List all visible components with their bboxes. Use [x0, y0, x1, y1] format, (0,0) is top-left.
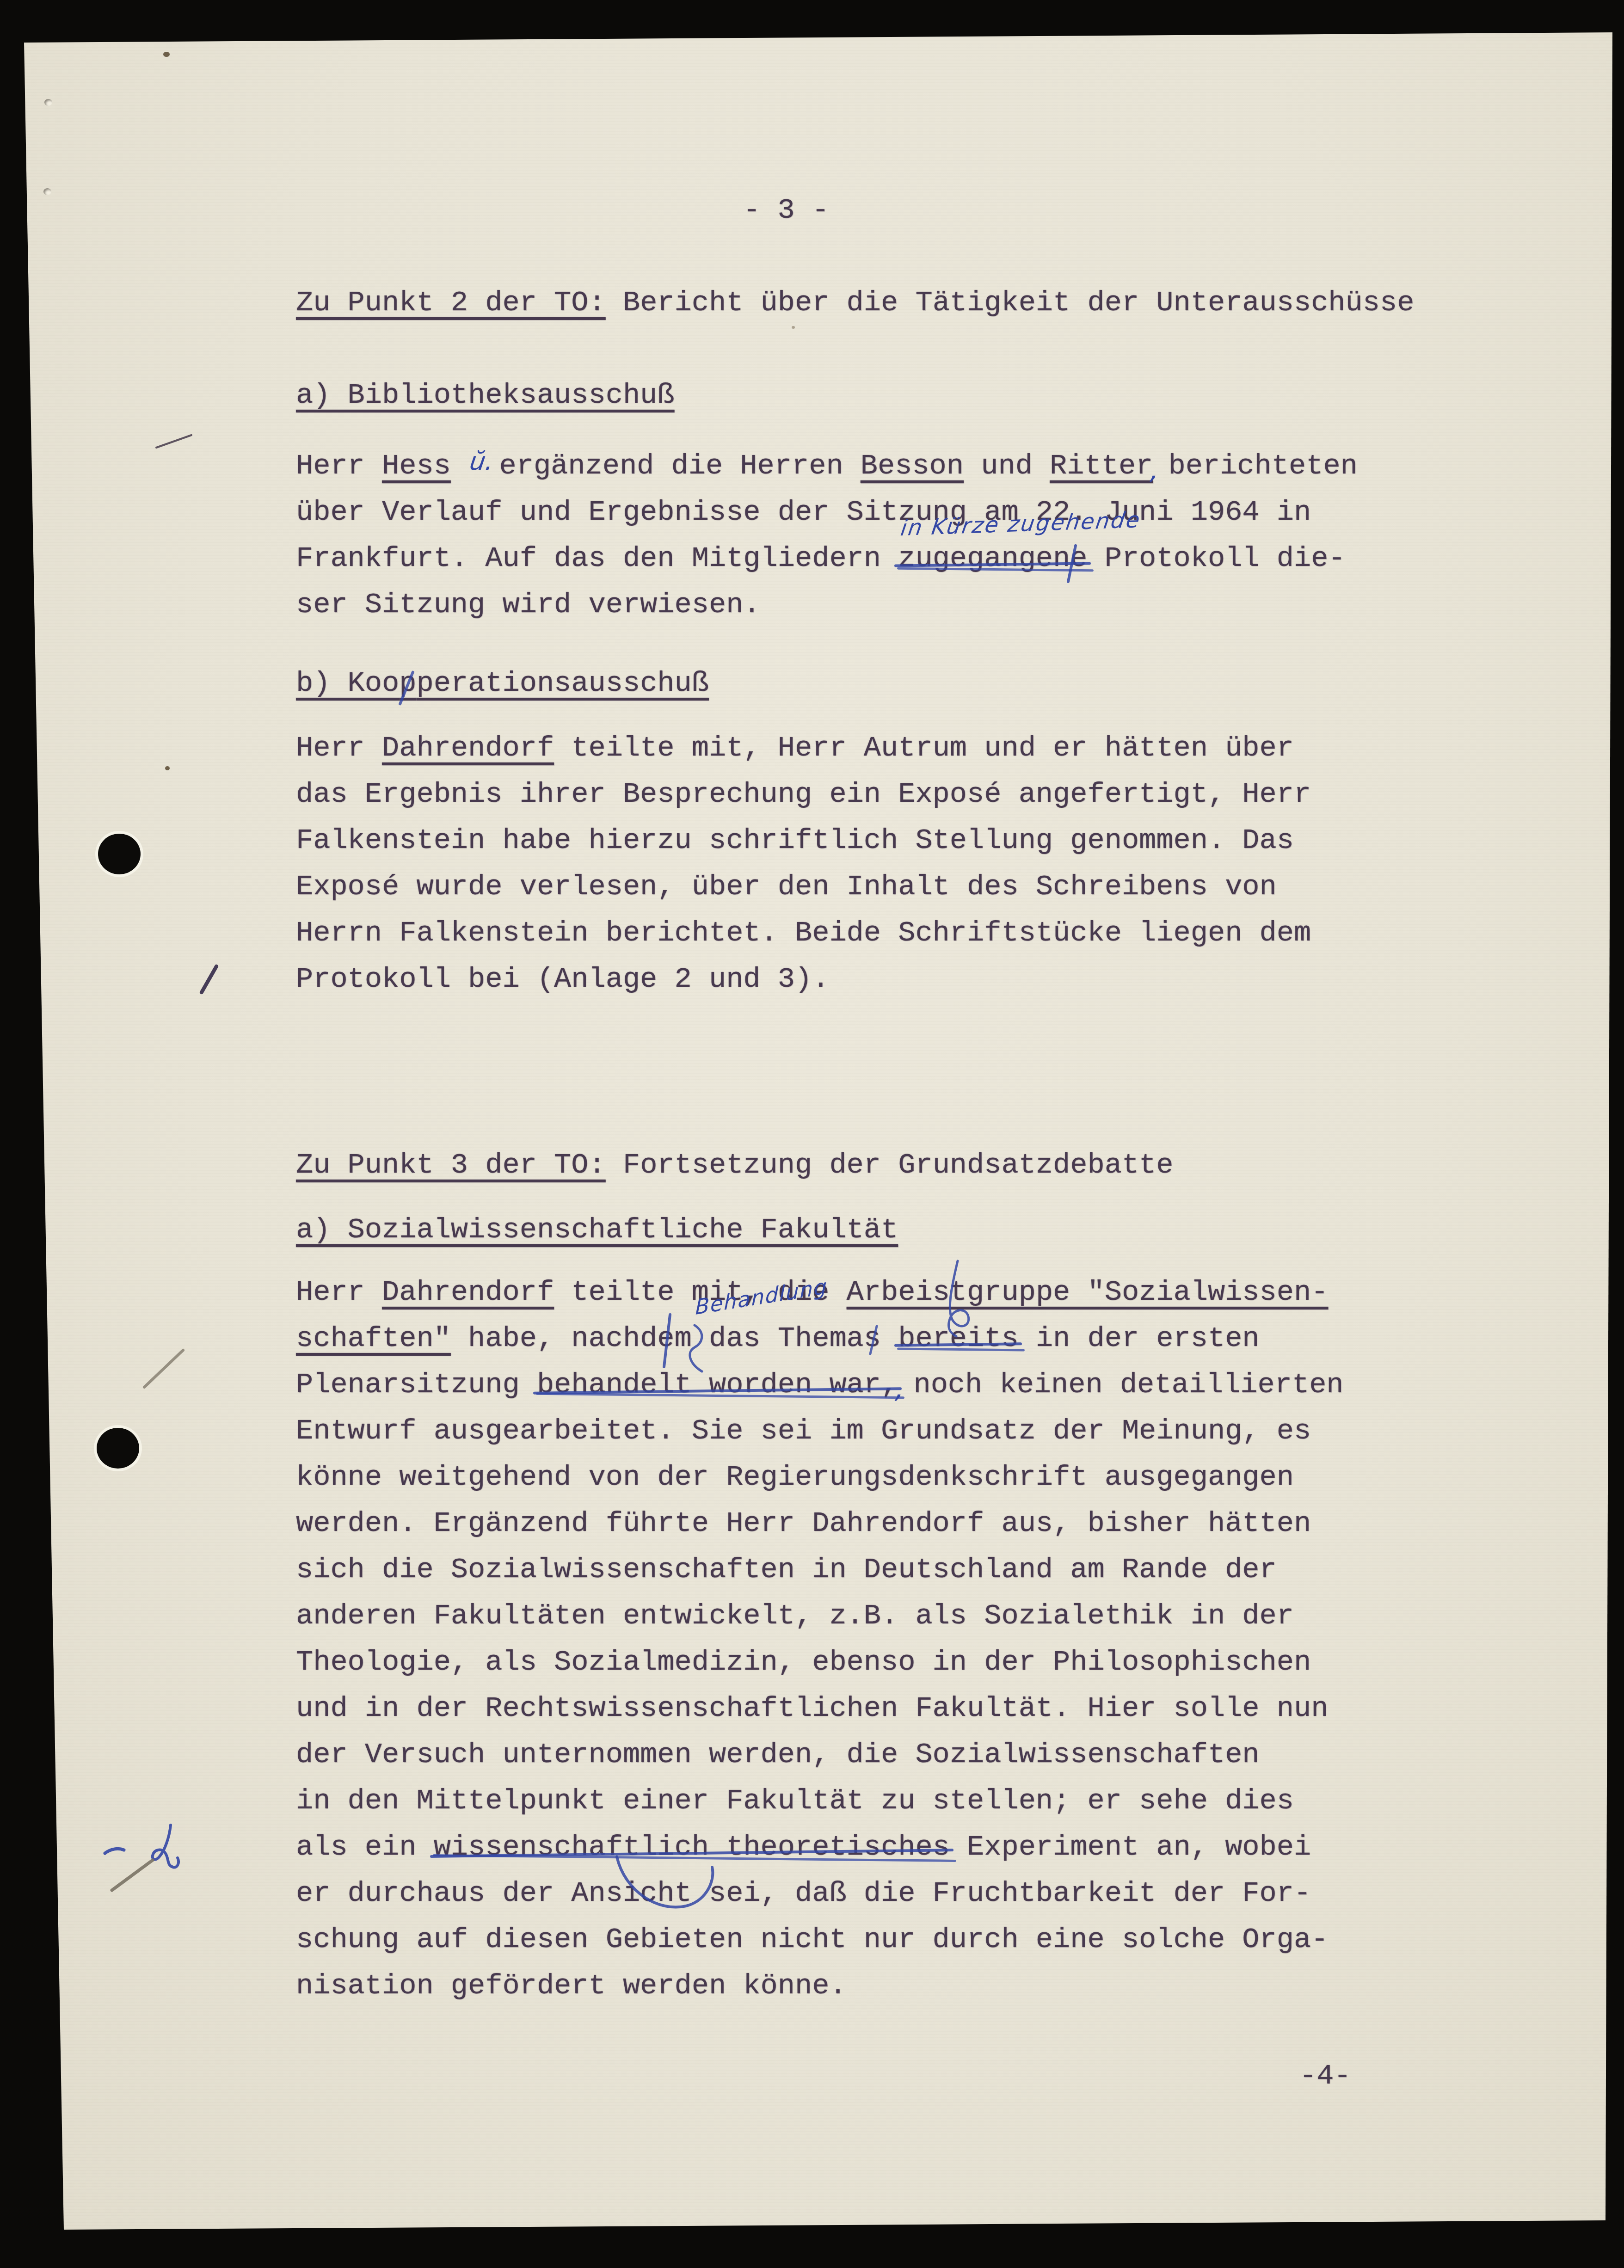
typed-segment: p	[399, 667, 416, 700]
typed-segment: - 3 -	[743, 194, 829, 227]
typed-line-p2l4: Exposé wurde verlesen, über den Inhalt d…	[296, 864, 1277, 910]
typed-line-p3l3: Plenarsitzung behandelt worden war,, noc…	[296, 1362, 1344, 1408]
typed-line-p1l1: Herr Hess ŭ.ergänzend die Herren Besson …	[296, 443, 1358, 489]
scanned-document-page: { "page": { "number_label": "- 3 -", "ne…	[0, 0, 1624, 2268]
typed-segment: Herr	[296, 449, 382, 482]
typed-segment: habe, nachdem das Themas	[451, 1322, 898, 1355]
typed-segment: noch keinen detaillierten	[896, 1368, 1343, 1401]
typed-segment: über Verlauf und Ergebnisse der Sitzung …	[296, 496, 1311, 529]
typed-layer: - 3 -Zu Punkt 2 der TO: Bericht über die…	[0, 0, 1624, 2268]
typed-line-p2l2: das Ergebnis ihrer Besprechung ein Expos…	[296, 771, 1311, 817]
typed-segment: Protokoll die-	[1088, 542, 1346, 575]
typed-segment: berichteten	[1151, 449, 1357, 482]
typed-segment: Herr	[296, 731, 382, 764]
typed-segment: ser Sitzung wird verwiesen.	[296, 588, 761, 621]
typed-segment: Besson	[861, 449, 964, 482]
typed-segment: Experiment an, wobei	[950, 1831, 1311, 1863]
typed-line-p3l2: schaften" habe, nachdem das Themas berei…	[296, 1315, 1260, 1362]
typed-segment: Bericht über die Tätigkeit der Unterauss…	[606, 286, 1415, 319]
typed-segment: Herr	[296, 1276, 382, 1309]
typed-line-p3l7: sich die Sozialwissenschaften in Deutsch…	[296, 1547, 1277, 1593]
punch-hole-bottom	[97, 1428, 139, 1469]
dust-speck	[792, 326, 795, 329]
typed-line-p3l10: und in der Rechtswissenschaftlichen Faku…	[296, 1685, 1328, 1732]
typed-segment: Entwurf ausgearbeitet. Sie sei im Grunds…	[296, 1414, 1311, 1447]
typed-segment: nisation gefördert werden könne.	[296, 1969, 847, 2002]
typed-segment	[451, 449, 468, 482]
typed-line-p3l16: nisation gefördert werden könne.	[296, 1963, 847, 2009]
dust-speck	[163, 52, 170, 57]
typed-line-p3l9: Theologie, als Sozialmedizin, ebenso in …	[296, 1639, 1311, 1685]
typed-segment: a) Bibliotheksausschuß	[296, 379, 675, 412]
typed-segment: Zu Punkt 2 der TO:	[296, 286, 606, 319]
typed-line-p2l5: Herrn Falkenstein berichtet. Beide Schri…	[296, 910, 1311, 956]
typed-line-p3l11: der Versuch unternommen werden, die Sozi…	[296, 1732, 1260, 1778]
typed-line-p1l3: Frankfurt. Auf das den Mitgliedern zugeg…	[296, 535, 1346, 582]
typed-line-p4no: -4-	[1299, 2053, 1351, 2099]
typed-line-p3l12: in den Mittelpunkt einer Fakultät zu ste…	[296, 1778, 1294, 1824]
typed-segment: in der ersten	[1019, 1322, 1260, 1355]
typed-line-h2a: a) Bibliotheksausschuß	[296, 372, 675, 418]
typed-line-p3l5: könne weitgehend von der Regierungsdenks…	[296, 1454, 1294, 1500]
typed-line-p3l13: als ein wissenschaftlich theoretisches E…	[296, 1824, 1311, 1870]
typed-segment: -4-	[1299, 2059, 1351, 2092]
typed-segment: das Ergebnis ihrer Besprechung ein Expos…	[296, 778, 1311, 811]
typed-line-p1l4: ser Sitzung wird verwiesen.	[296, 582, 761, 628]
typed-segment: behandelt worden war,	[537, 1368, 898, 1401]
typed-line-p3l4: Entwurf ausgearbeitet. Sie sei im Grunds…	[296, 1408, 1311, 1454]
typed-line-h3: Zu Punkt 3 der TO: Fortsetzung der Grund…	[296, 1142, 1174, 1188]
typed-segment: anderen Fakultäten entwickelt, z.B. als …	[296, 1599, 1294, 1632]
typed-segment: Zu Punkt 3 der TO:	[296, 1149, 606, 1181]
typed-line-h3a: a) Sozialwissenschaftliche Fakultät	[296, 1207, 898, 1253]
typed-segment: bereits	[898, 1322, 1018, 1355]
typed-segment: der Versuch unternommen werden, die Sozi…	[296, 1738, 1260, 1771]
typed-line-pageno: - 3 -	[743, 187, 829, 234]
typed-segment: zugegangene	[898, 542, 1087, 575]
paper-sheet: - 3 -Zu Punkt 2 der TO: Bericht über die…	[0, 0, 1624, 2268]
typed-segment: wissenschaftlich theoretisches	[434, 1831, 950, 1863]
typed-line-h2: Zu Punkt 2 der TO: Bericht über die Täti…	[296, 280, 1414, 326]
typed-segment: sich die Sozialwissenschaften in Deutsch…	[296, 1553, 1277, 1586]
staple-hole-2	[43, 188, 51, 195]
typed-line-p3l14: er durchaus der Ansicht sei, daß die Fru…	[296, 1870, 1311, 1917]
typed-line-p3l15: schung auf diesen Gebieten nicht nur dur…	[296, 1917, 1328, 1963]
typed-segment: in den Mittelpunkt einer Fakultät zu ste…	[296, 1784, 1294, 1817]
typed-segment: perationsausschuß	[416, 667, 709, 700]
typed-segment: Exposé wurde verlesen, über den Inhalt d…	[296, 870, 1277, 903]
typed-segment: Theologie, als Sozialmedizin, ebenso in …	[296, 1646, 1311, 1678]
typed-line-p1l2: über Verlauf und Ergebnisse der Sitzung …	[296, 489, 1311, 535]
typed-segment: Protokoll bei (Anlage 2 und 3).	[296, 963, 829, 996]
typed-segment: er durchaus der Ansicht sei, daß die Fru…	[296, 1877, 1311, 1910]
typed-segment: schung auf diesen Gebieten nicht nur dur…	[296, 1923, 1328, 1956]
typed-segment: schaften"	[296, 1322, 451, 1355]
typed-segment: und	[964, 449, 1050, 482]
typed-segment: Dahrendorf	[382, 1276, 554, 1309]
typed-line-p3l6: werden. Ergänzend führte Herr Dahrendorf…	[296, 1500, 1311, 1547]
typed-segment: teilte mit, Herr Autrum und er hätten üb…	[554, 731, 1294, 764]
typed-segment: Fortsetzung der Grundsatzdebatte	[606, 1149, 1174, 1181]
typed-segment: werden. Ergänzend führte Herr Dahrendorf…	[296, 1507, 1311, 1540]
typed-segment: Plenarsitzung	[296, 1368, 537, 1401]
staple-hole-1	[44, 99, 52, 106]
typed-segment: als ein	[296, 1831, 434, 1863]
typed-line-p2l3: Falkenstein habe hierzu schriftlich Stel…	[296, 817, 1294, 864]
typed-line-p2l6: Protokoll bei (Anlage 2 und 3).	[296, 956, 829, 1002]
punch-hole-top	[98, 834, 141, 874]
typed-segment: a) Sozialwissenschaftliche Fakultät	[296, 1213, 898, 1246]
typed-segment: Dahrendorf	[382, 731, 554, 764]
typed-segment: ergänzend die Herren	[499, 449, 860, 482]
typed-segment: b) Koo	[296, 667, 399, 700]
typed-segment: Frankfurt. Auf das den Mitgliedern	[296, 542, 898, 575]
typed-segment: Arbeistgruppe "Sozialwissen-	[847, 1276, 1329, 1309]
typed-segment: Ritter	[1050, 449, 1153, 482]
typed-line-h2b: b) Koopperationsausschuß	[296, 660, 709, 707]
typed-segment: könne weitgehend von der Regierungsdenks…	[296, 1461, 1294, 1494]
typed-segment: Falkenstein habe hierzu schriftlich Stel…	[296, 824, 1294, 857]
typed-line-p3l8: anderen Fakultäten entwickelt, z.B. als …	[296, 1593, 1294, 1639]
typed-line-p2l1: Herr Dahrendorf teilte mit, Herr Autrum …	[296, 725, 1294, 771]
typed-segment: und in der Rechtswissenschaftlichen Faku…	[296, 1692, 1328, 1725]
typed-segment: Hess	[382, 449, 451, 482]
dust-speck	[165, 766, 170, 770]
handwritten-insert: ŭ.	[466, 447, 501, 476]
typed-segment: Herrn Falkenstein berichtet. Beide Schri…	[296, 916, 1311, 949]
